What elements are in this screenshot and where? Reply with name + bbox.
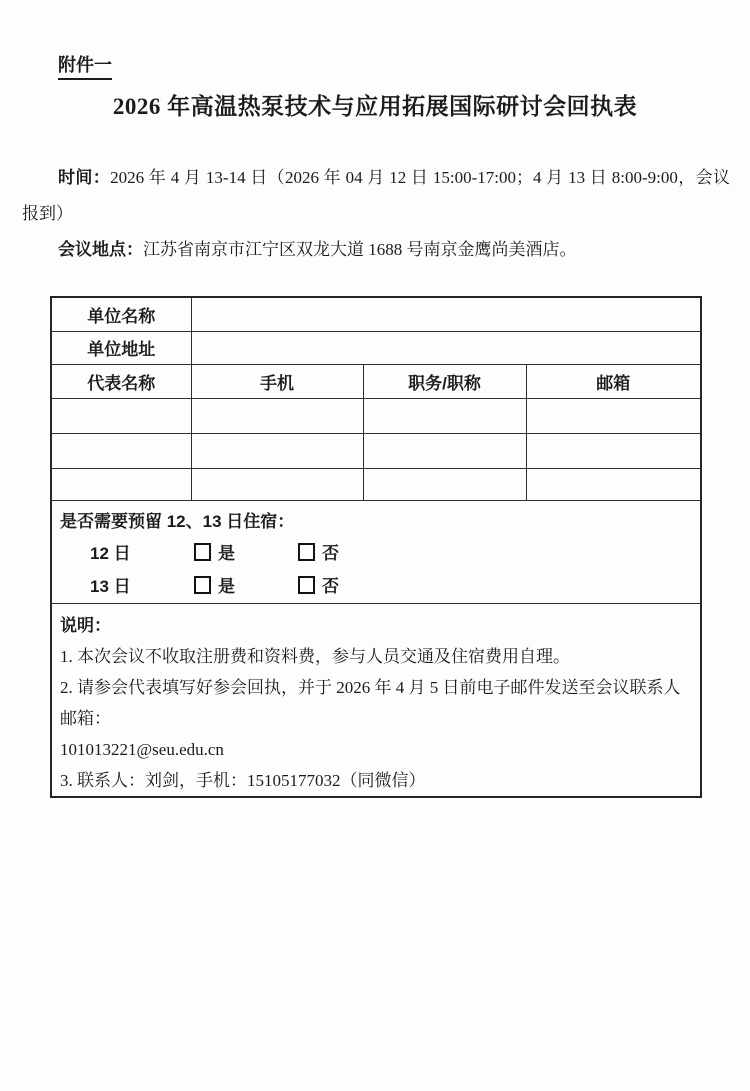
note-contact-email: 101013221@seu.edu.cn xyxy=(60,734,690,765)
lodging-question: 是否需要预留 12、13 日住宿： xyxy=(60,507,692,537)
lodging-12-no-checkbox[interactable] xyxy=(298,543,315,561)
lodging-section: 是否需要预留 12、13 日住宿： 12 日是否 13 日是否 xyxy=(52,501,700,603)
lodging-row-group: 是否需要预留 12、13 日住宿： 12 日是否 13 日是否 xyxy=(51,500,701,603)
note-item-2: 2. 请参会代表填写好参会回执，并于 2026 年 4 月 5 日前电子邮件发送… xyxy=(60,672,690,734)
notes-row-group: 说明： 1. 本次会议不收取注册费和资料费，参与人员交通及住宿费用自理。 2. … xyxy=(51,603,701,797)
unit-name-input-cell[interactable] xyxy=(191,297,701,331)
unit-name-label: 单位名称 xyxy=(51,297,191,331)
header-mobile: 手机 xyxy=(191,364,363,398)
entry-cell[interactable] xyxy=(191,398,363,433)
document-page: 附件一 2026 年高温热泵技术与应用拓展国际研讨会回执表 时间：2026 年 … xyxy=(0,0,750,1091)
note-item-1: 1. 本次会议不收取注册费和资料费，参与人员交通及住宿费用自理。 xyxy=(60,641,690,672)
header-email: 邮箱 xyxy=(526,364,701,398)
lodging-option-row-13: 13 日是否 xyxy=(60,570,692,603)
entry-cell[interactable] xyxy=(191,468,363,500)
lodging-13-no-checkbox[interactable] xyxy=(298,576,315,594)
delegate-entry-row xyxy=(51,433,701,468)
entry-cell[interactable] xyxy=(526,468,701,500)
entry-cell[interactable] xyxy=(51,468,191,500)
unit-address-input-cell[interactable] xyxy=(191,331,701,364)
lodging-day-12-label: 12 日 xyxy=(90,537,194,570)
lodging-13-yes-checkbox[interactable] xyxy=(194,576,211,594)
reply-form-table: 单位名称 单位地址 代表名称 手机 职务/职称 邮箱 xyxy=(50,296,702,798)
entry-cell[interactable] xyxy=(51,398,191,433)
notes-section: 说明： 1. 本次会议不收取注册费和资料费，参与人员交通及住宿费用自理。 2. … xyxy=(52,604,700,796)
entry-cell[interactable] xyxy=(363,433,526,468)
entry-cell[interactable] xyxy=(526,398,701,433)
lodging-13-no-label: 否 xyxy=(322,577,339,596)
unit-address-label: 单位地址 xyxy=(51,331,191,364)
entry-cell[interactable] xyxy=(51,433,191,468)
intro-section: 时间：2026 年 4 月 13-14 日（2026 年 04 月 12 日 1… xyxy=(22,160,730,268)
meeting-venue-line: 会议地点：江苏省南京市江宁区双龙大道 1688 号南京金鹰尚美酒店。 xyxy=(22,232,730,268)
venue-label: 会议地点： xyxy=(58,240,143,259)
time-text: 2026 年 4 月 13-14 日（2026 年 04 月 12 日 15:0… xyxy=(22,168,730,223)
lodging-13-yes-label: 是 xyxy=(218,577,235,596)
lodging-day-13-label: 13 日 xyxy=(90,570,194,603)
unit-address-row: 单位地址 xyxy=(51,331,701,364)
attachment-label: 附件一 xyxy=(58,51,112,80)
venue-text: 江苏省南京市江宁区双龙大道 1688 号南京金鹰尚美酒店。 xyxy=(143,240,577,259)
notes-label: 说明： xyxy=(60,610,690,641)
meeting-time-line: 时间：2026 年 4 月 13-14 日（2026 年 04 月 12 日 1… xyxy=(22,160,730,232)
delegate-entry-row xyxy=(51,468,701,500)
entry-cell[interactable] xyxy=(526,433,701,468)
lodging-12-yes-label: 是 xyxy=(218,544,235,563)
delegate-header-row: 代表名称 手机 职务/职称 邮箱 xyxy=(51,364,701,398)
lodging-12-no-label: 否 xyxy=(322,544,339,563)
entry-cell[interactable] xyxy=(191,433,363,468)
header-position-title: 职务/职称 xyxy=(363,364,526,398)
document-title: 2026 年高温热泵技术与应用拓展国际研讨会回执表 xyxy=(0,88,750,121)
delegate-entry-row xyxy=(51,398,701,433)
lodging-12-yes-checkbox[interactable] xyxy=(194,543,211,561)
entry-cell[interactable] xyxy=(363,468,526,500)
note-item-3: 3. 联系人：刘剑，手机：15105177032（同微信） xyxy=(60,765,690,796)
time-label: 时间： xyxy=(58,168,110,187)
unit-name-row: 单位名称 xyxy=(51,297,701,331)
entry-cell[interactable] xyxy=(363,398,526,433)
header-delegate-name: 代表名称 xyxy=(51,364,191,398)
lodging-option-row-12: 12 日是否 xyxy=(60,537,692,570)
